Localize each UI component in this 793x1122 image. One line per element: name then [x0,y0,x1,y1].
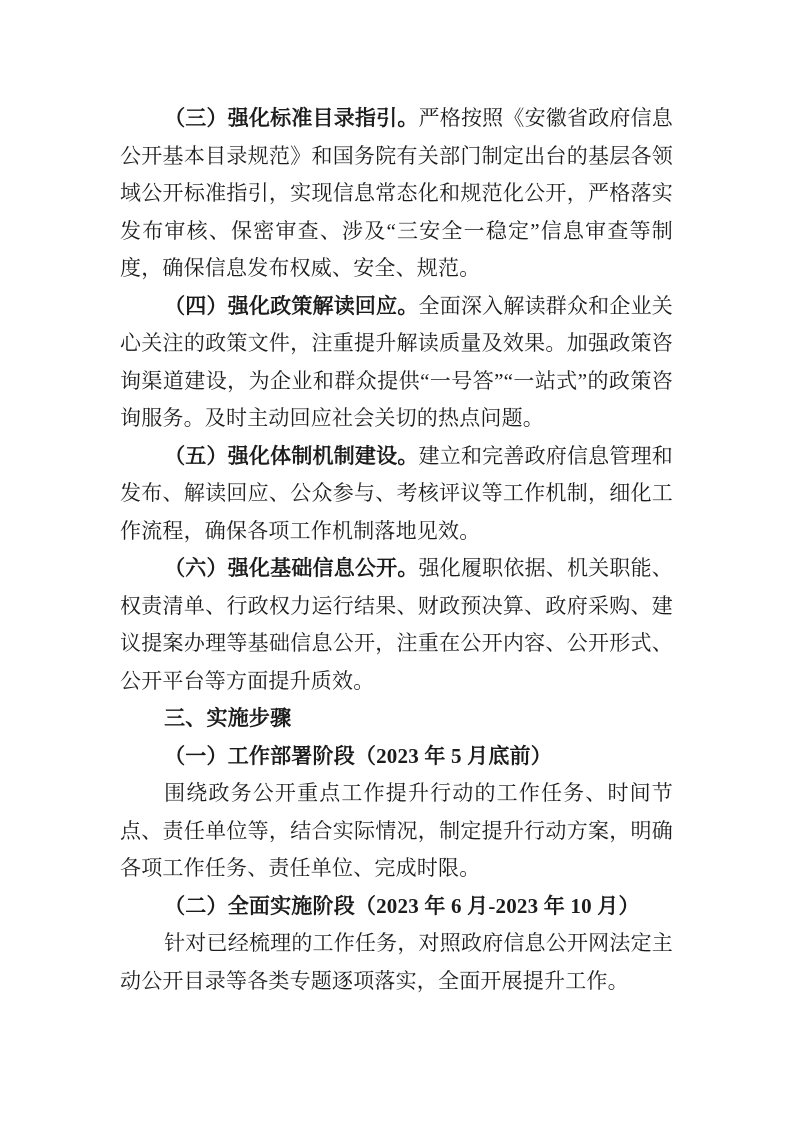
paragraph-section-3: （三）强化标准目录指引。严格按照《安徽省政府信息公开基本目录规范》和国务院有关部… [120,100,673,288]
paragraph-section-6: （六）强化基础信息公开。强化履职依据、机关职能、权责清单、行政权力运行结果、财政… [120,550,673,700]
paragraph-stage-2-body: 针对已经梳理的工作任务，对照政府信息公开网法定主动公开目录等各类专题逐项落实，全… [120,925,673,1000]
paragraph-lead: （四）强化政策解读回应。 [164,294,418,318]
paragraph-stage-1-body: 围绕政务公开重点工作提升行动的工作任务、时间节点、责任单位等，结合实际情况，制定… [120,775,673,888]
paragraph-text: 针对已经梳理的工作任务，对照政府信息公开网法定主动公开目录等各类专题逐项落实，全… [120,931,673,993]
paragraph-lead: （六）强化基础信息公开。 [164,556,418,580]
heading-text: （二）全面实施阶段（2023 年 6 月-2023 年 10 月） [164,894,640,918]
document-page: （三）强化标准目录指引。严格按照《安徽省政府信息公开基本目录规范》和国务院有关部… [0,0,793,1122]
paragraph-section-5: （五）强化体制机制建设。建立和完善政府信息管理和发布、解读回应、公众参与、考核评… [120,438,673,551]
document-body: （三）强化标准目录指引。严格按照《安徽省政府信息公开基本目录规范》和国务院有关部… [120,100,673,1000]
heading-implementation-steps: 三、实施步骤 [120,700,673,738]
paragraph-text: 围绕政务公开重点工作提升行动的工作任务、时间节点、责任单位等，结合实际情况，制定… [120,781,673,880]
paragraph-text: 严格按照《安徽省政府信息公开基本目录规范》和国务院有关部门制定出台的基层各领域公… [120,106,673,280]
heading-text: 三、实施步骤 [164,706,291,730]
paragraph-lead: （三）强化标准目录指引。 [164,106,418,130]
paragraph-lead: （五）强化体制机制建设。 [164,444,418,468]
heading-text: （一）工作部署阶段（2023 年 5 月底前） [164,744,552,768]
paragraph-section-4: （四）强化政策解读回应。全面深入解读群众和企业关心关注的政策文件，注重提升解读质… [120,288,673,438]
heading-stage-2: （二）全面实施阶段（2023 年 6 月-2023 年 10 月） [120,888,673,926]
heading-stage-1: （一）工作部署阶段（2023 年 5 月底前） [120,738,673,776]
